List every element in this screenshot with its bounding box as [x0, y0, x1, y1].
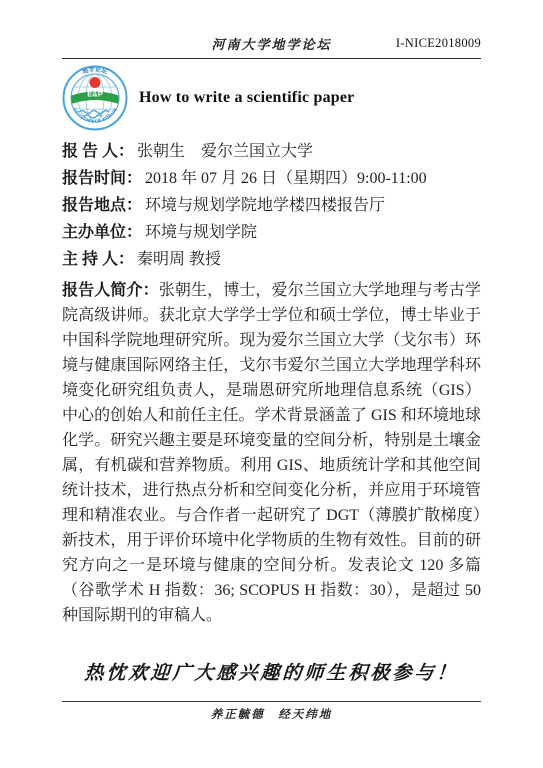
footer-motto: 养正毓德 经天纬地 — [62, 706, 481, 722]
info-list: 报 告 人：张朝生 爱尔兰国立大学 报告时间：2018 年 07 月 26 日（… — [62, 138, 481, 273]
info-row-organizer: 主办单位：环境与规划学院 — [62, 219, 481, 246]
info-row-host: 主 持 人：秦明周 教授 — [62, 246, 481, 273]
info-row-speaker: 报 告 人：张朝生 爱尔兰国立大学 — [62, 138, 481, 165]
lecture-announcement-page: 河南大学地学论坛 I-NICE2018009 — [0, 0, 543, 768]
page-header: 河南大学地学论坛 I-NICE2018009 — [62, 34, 481, 54]
info-label: 报告地点： — [62, 197, 142, 214]
page-footer: 养正毓德 经天纬地 — [62, 701, 481, 722]
title-row: E&P 地学论坛 GEOSCIENCE FORUM How to write a… — [62, 65, 481, 131]
footer-divider — [62, 701, 481, 702]
welcome-line: 热忱欢迎广大感兴趣的师生积极参与！ — [61, 658, 482, 685]
bio-text: 张朝生，博士，爱尔兰国立大学地理与考古学院高级讲师。获北京大学学士学位和硕士学位… — [62, 282, 481, 624]
info-row-location: 报告地点：环境与规划学院地学楼四楼报告厅 — [62, 192, 481, 219]
red-sun-icon — [90, 77, 101, 88]
info-value: 秦明周 教授 — [137, 251, 221, 268]
info-label: 报告时间： — [62, 170, 142, 187]
info-label: 报 告 人： — [62, 143, 134, 160]
info-label: 主办单位： — [62, 224, 142, 241]
header-divider — [62, 58, 481, 59]
forum-logo: E&P 地学论坛 GEOSCIENCE FORUM — [62, 65, 128, 131]
info-value: 张朝生 爱尔兰国立大学 — [137, 143, 313, 160]
speaker-bio: 报告人简介：张朝生，博士，爱尔兰国立大学地理与考古学院高级讲师。获北京大学学士学… — [62, 278, 481, 628]
document-number: I-NICE2018009 — [396, 36, 481, 51]
info-label: 主 持 人： — [62, 251, 134, 268]
info-value: 2018 年 07 月 26 日（星期四）9:00-11:00 — [145, 170, 427, 187]
info-value: 环境与规划学院 — [145, 224, 257, 241]
info-value: 环境与规划学院地学楼四楼报告厅 — [145, 197, 385, 214]
bio-label: 报告人简介： — [62, 282, 159, 299]
page-title: How to write a scientific paper — [139, 89, 354, 107]
logo-acronym: E&P — [87, 90, 102, 99]
geoscience-forum-logo-icon: E&P 地学论坛 GEOSCIENCE FORUM — [62, 65, 128, 131]
info-row-time: 报告时间：2018 年 07 月 26 日（星期四）9:00-11:00 — [62, 165, 481, 192]
